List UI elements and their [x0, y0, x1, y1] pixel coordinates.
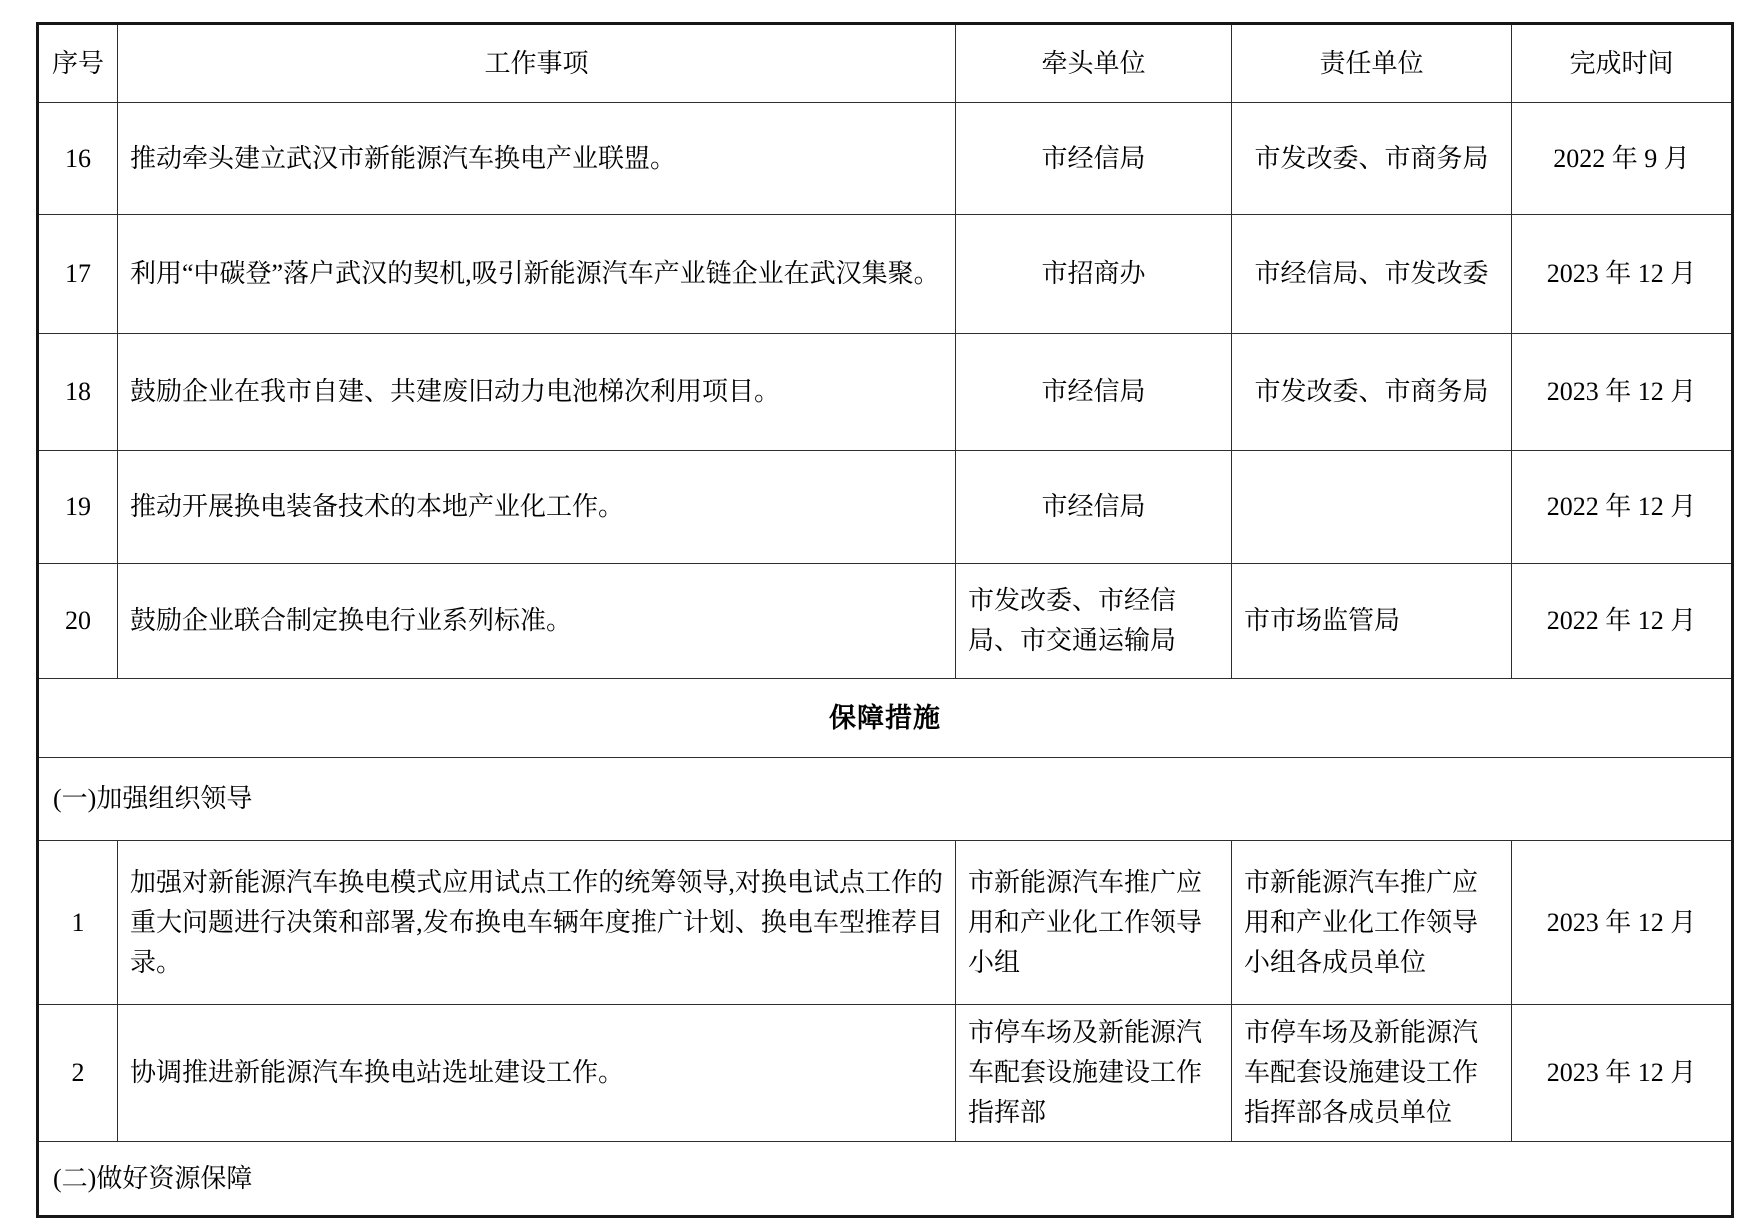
task-text: 推动开展换电装备技术的本地产业化工作。: [118, 451, 956, 564]
section-title: 保障措施: [38, 679, 1733, 758]
row-number: 20: [38, 564, 118, 679]
table-row-item-2: 2协调推进新能源汽车换电站选址建设工作。市停车场及新能源汽车配套设施建设工作指挥…: [38, 1005, 1733, 1142]
lead-unit: 市新能源汽车推广应用和产业化工作领导小组: [956, 841, 1232, 1005]
group-heading-row: (一)加强组织领导: [38, 758, 1733, 841]
completion-time: 2022 年 9 月: [1512, 103, 1733, 215]
column-header-3: 牵头单位: [956, 24, 1232, 103]
work-plan-table: 序号工作事项牵头单位责任单位完成时间 16推动牵头建立武汉市新能源汽车换电产业联…: [36, 22, 1734, 1218]
completion-time: 2023 年 12 月: [1512, 1005, 1733, 1142]
table-row-item-17: 17利用“中碳登”落户武汉的契机,吸引新能源汽车产业链企业在武汉集聚。市招商办市…: [38, 215, 1733, 334]
lead-unit: 市停车场及新能源汽车配套设施建设工作指挥部: [956, 1005, 1232, 1142]
task-text: 鼓励企业在我市自建、共建废旧动力电池梯次利用项目。: [118, 334, 956, 451]
completion-time: 2022 年 12 月: [1512, 451, 1733, 564]
responsible-unit: [1232, 451, 1512, 564]
table-row-item-20: 20鼓励企业联合制定换电行业系列标准。市发改委、市经信局、市交通运输局市市场监管…: [38, 564, 1733, 679]
responsible-unit: 市新能源汽车推广应用和产业化工作领导小组各成员单位: [1232, 841, 1512, 1005]
completion-time: 2023 年 12 月: [1512, 841, 1733, 1005]
row-number: 17: [38, 215, 118, 334]
section-title-row: 保障措施: [38, 679, 1733, 758]
document-page: 序号工作事项牵头单位责任单位完成时间 16推动牵头建立武汉市新能源汽车换电产业联…: [0, 0, 1764, 1224]
completion-time: 2023 年 12 月: [1512, 215, 1733, 334]
responsible-unit: 市停车场及新能源汽车配套设施建设工作指挥部各成员单位: [1232, 1005, 1512, 1142]
lead-unit: 市发改委、市经信局、市交通运输局: [956, 564, 1232, 679]
completion-time: 2023 年 12 月: [1512, 334, 1733, 451]
row-number: 16: [38, 103, 118, 215]
lead-unit: 市经信局: [956, 451, 1232, 564]
table-row-item-19: 19推动开展换电装备技术的本地产业化工作。市经信局2022 年 12 月: [38, 451, 1733, 564]
column-header-5: 完成时间: [1512, 24, 1733, 103]
group-heading: (二)做好资源保障: [38, 1142, 1733, 1217]
completion-time: 2022 年 12 月: [1512, 564, 1733, 679]
group-heading-row: (二)做好资源保障: [38, 1142, 1733, 1217]
lead-unit: 市经信局: [956, 334, 1232, 451]
table-header-row: 序号工作事项牵头单位责任单位完成时间: [38, 24, 1733, 103]
row-number: 19: [38, 451, 118, 564]
row-number: 2: [38, 1005, 118, 1142]
group-heading: (一)加强组织领导: [38, 758, 1733, 841]
task-text: 协调推进新能源汽车换电站选址建设工作。: [118, 1005, 956, 1142]
lead-unit: 市经信局: [956, 103, 1232, 215]
responsible-unit: 市经信局、市发改委: [1232, 215, 1512, 334]
table-header: 序号工作事项牵头单位责任单位完成时间: [38, 24, 1733, 103]
table-row-item-16: 16推动牵头建立武汉市新能源汽车换电产业联盟。市经信局市发改委、市商务局2022…: [38, 103, 1733, 215]
table-row-item-1: 1加强对新能源汽车换电模式应用试点工作的统筹领导,对换电试点工作的重大问题进行决…: [38, 841, 1733, 1005]
responsible-unit: 市发改委、市商务局: [1232, 103, 1512, 215]
column-header-1: 序号: [38, 24, 118, 103]
responsible-unit: 市市场监管局: [1232, 564, 1512, 679]
column-header-2: 工作事项: [118, 24, 956, 103]
row-number: 18: [38, 334, 118, 451]
table-body: 16推动牵头建立武汉市新能源汽车换电产业联盟。市经信局市发改委、市商务局2022…: [38, 103, 1733, 1217]
task-text: 鼓励企业联合制定换电行业系列标准。: [118, 564, 956, 679]
task-text: 加强对新能源汽车换电模式应用试点工作的统筹领导,对换电试点工作的重大问题进行决策…: [118, 841, 956, 1005]
task-text: 推动牵头建立武汉市新能源汽车换电产业联盟。: [118, 103, 956, 215]
responsible-unit: 市发改委、市商务局: [1232, 334, 1512, 451]
table-row-item-18: 18鼓励企业在我市自建、共建废旧动力电池梯次利用项目。市经信局市发改委、市商务局…: [38, 334, 1733, 451]
row-number: 1: [38, 841, 118, 1005]
lead-unit: 市招商办: [956, 215, 1232, 334]
task-text: 利用“中碳登”落户武汉的契机,吸引新能源汽车产业链企业在武汉集聚。: [118, 215, 956, 334]
column-header-4: 责任单位: [1232, 24, 1512, 103]
